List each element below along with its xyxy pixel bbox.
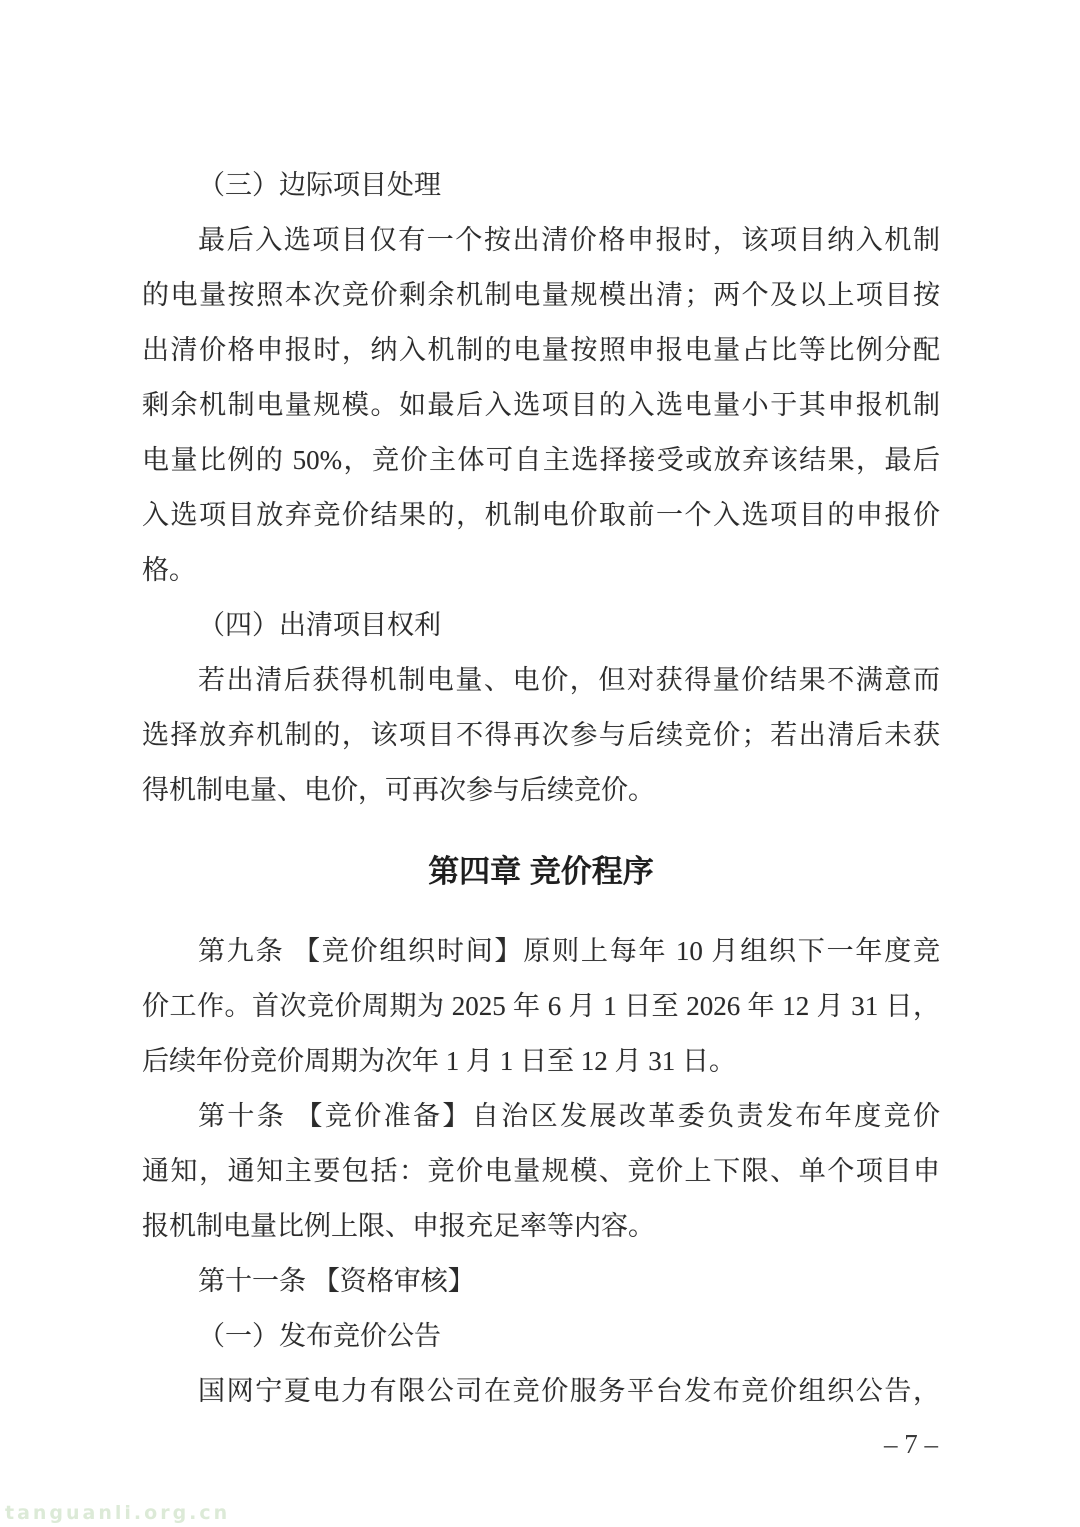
document-body: （三）边际项目处理 最后入选项目仅有一个按出清价格申报时，该项目纳入机制 的电量… xyxy=(142,158,940,1469)
document-line: 格。 xyxy=(142,543,940,598)
document-line: 第九条 【竞价组织时间】原则上每年 10 月组织下一年度竞 xyxy=(142,924,940,979)
document-line: 入选项目放弃竞价结果的，机制电价取前一个入选项目的申报价 xyxy=(142,488,940,543)
document-line: 出清价格申报时，纳入机制的电量按照申报电量占比等比例分配 xyxy=(142,323,940,378)
section-subheading: 第十一条 【资格审核】 xyxy=(142,1254,940,1309)
document-line: 的电量按照本次竞价剩余机制电量规模出清；两个及以上项目按 xyxy=(142,268,940,323)
document-line: 通知，通知主要包括：竞价电量规模、竞价上下限、单个项目申 xyxy=(142,1144,940,1199)
document-line: 剩余机制电量规模。如最后入选项目的入选电量小于其申报机制 xyxy=(142,378,940,433)
document-line: 若出清后获得机制电量、电价，但对获得量价结果不满意而 xyxy=(142,653,940,708)
document-line: 选择放弃机制的，该项目不得再次参与后续竞价；若出清后未获 xyxy=(142,708,940,763)
section-subheading: （三）边际项目处理 xyxy=(142,158,940,213)
document-page: （三）边际项目处理 最后入选项目仅有一个按出清价格申报时，该项目纳入机制 的电量… xyxy=(0,0,1080,1527)
document-line: 第十条 【竞价准备】自治区发展改革委负责发布年度竞价 xyxy=(142,1089,940,1144)
document-line: 最后入选项目仅有一个按出清价格申报时，该项目纳入机制 xyxy=(142,213,940,268)
document-line: 价工作。首次竞价周期为 2025 年 6 月 1 日至 2026 年 12 月 … xyxy=(142,979,940,1034)
page-number: – 7 – xyxy=(142,1419,940,1469)
document-line: 得机制电量、电价，可再次参与后续竞价。 xyxy=(142,763,940,818)
document-line: 电量比例的 50%，竞价主体可自主选择接受或放弃该结果，最后 xyxy=(142,433,940,488)
section-subheading: （四）出清项目权利 xyxy=(142,598,940,653)
watermark: tanguanli.org.cn xyxy=(5,1502,230,1524)
chapter-heading: 第四章 竞价程序 xyxy=(142,844,940,899)
document-line: 后续年份竞价周期为次年 1 月 1 日至 12 月 31 日。 xyxy=(142,1034,940,1089)
document-line: 报机制电量比例上限、申报充足率等内容。 xyxy=(142,1199,940,1254)
section-subheading: （一）发布竞价公告 xyxy=(142,1309,940,1364)
document-line: 国网宁夏电力有限公司在竞价服务平台发布竞价组织公告， xyxy=(142,1364,940,1419)
